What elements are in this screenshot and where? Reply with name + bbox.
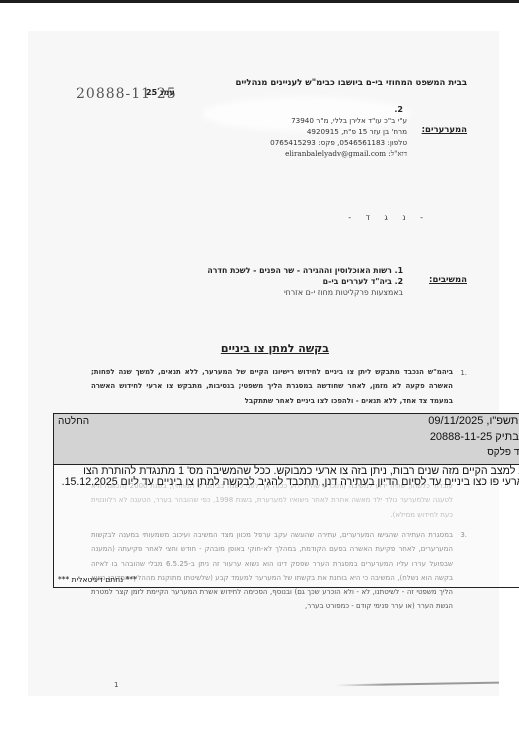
decision-case: ה 1 בתיק 20888-11-25 <box>430 431 519 443</box>
respondent-via: באמצעות פרקליטות מחוז י-ם אזרחי <box>207 287 403 298</box>
window-top-bar <box>0 0 519 3</box>
court-header: בבית המשפט המחוזי בי-ם ביושבו כבימ"ש לענ… <box>227 75 467 92</box>
versus-text: - נ ג ד - <box>348 213 429 222</box>
decision-label: החלטה <box>58 416 89 427</box>
decision-header: החלטה שוון תשפ"ו, 09/11/2025 ה 1 בתיק 20… <box>54 414 519 465</box>
decision-body: לב למצב הקיים מזה שנים רבות, ניתן בזה צו… <box>60 466 519 488</box>
page-reference: עמנ 25 <box>146 88 175 97</box>
decision-overlay: החלטה שוון תשפ"ו, 09/11/2025 ה 1 בתיק 20… <box>53 413 519 588</box>
rep-line: דוא"ל: eliranbalelyadv@gmail.com <box>270 148 407 159</box>
document-title: בקשה למתן צו ביניים <box>221 342 329 355</box>
respondents-list: 1. רשות האוכלוסין וההגירה - שר הפנים - ל… <box>207 265 403 298</box>
page-number: 1 <box>114 681 118 689</box>
digital-signature: *** נחתם דיגיטאלית *** <box>58 575 137 584</box>
respondent-item: 2. ביה"ד לעררים בי-ם <box>207 276 403 287</box>
rep-line: מרח' בן עזר 15 פ"ת, 4920915 <box>270 126 407 137</box>
rep-line: ע"י ב"כ עו"ד אלירן בללי, מ"ר 73940 <box>270 115 407 126</box>
page-edge-shadow <box>336 682 499 687</box>
decision-judge: נמרוד פלקס <box>487 447 519 458</box>
decision-date: שוון תשפ"ו, 09/11/2025 <box>428 415 519 427</box>
appellant-representative: ע"י ב"כ עו"ד אלירן בללי, מ"ר 73940 מרח' … <box>270 115 407 159</box>
paragraph-number: 1. <box>460 369 467 377</box>
respondents-label: המשיבים: <box>429 275 467 285</box>
appellants-label: המערערים: <box>422 125 467 135</box>
scanned-document-page: 20888-11-25 עמנ 25 בבית המשפט המחוזי בי-… <box>28 31 499 696</box>
appellant-number: 2. <box>394 105 403 114</box>
respondent-item: 1. רשות האוכלוסין וההגירה - שר הפנים - ל… <box>207 265 403 276</box>
rep-line: טלפון: 0546561183, פקס: 0765415293 <box>270 137 407 148</box>
